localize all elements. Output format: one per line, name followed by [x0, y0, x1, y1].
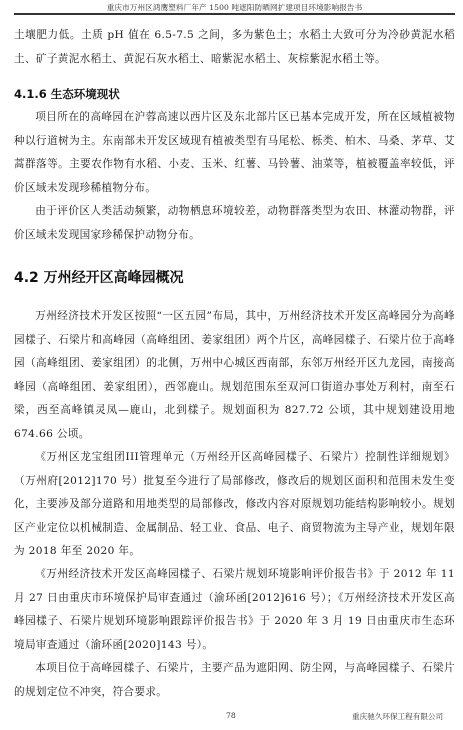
header-divider: [14, 13, 455, 15]
paragraph-eco-plants: 项目所在的高峰园在沪蓉高速以西片区及东北部片区已基本完成开发，所在区域植被物种以…: [14, 106, 455, 200]
paragraph-project-conformity: 本项目位于高峰园樣子、石梁片，主要产品为遮阳网、防尘网，与高峰园樣子、石梁片的规…: [14, 657, 455, 704]
footer-company: 重庆驰久环保工程有限公司: [352, 711, 443, 722]
paragraph-soil-continued: 土壤肥力低。土质 pH 值在 6.5-7.5 之间，多为紫色土；水稻土大致可分为…: [14, 24, 455, 71]
paragraph-eco-animals: 由于评价区人类活动频繁，动物栖息环境较差，动物群落类型为农田、林灌动物群，评价区…: [14, 200, 455, 247]
page-number: 78: [226, 711, 236, 720]
paragraph-gaofeng-layout: 万州经济技术开发区按照“一区五园”布局，其中，万州经济技术开发区高峰园分为高峰园…: [14, 305, 455, 446]
heading-4-2: 4.2 万州经开区高峰园概况: [14, 267, 184, 287]
heading-4-1-6: 4.1.6 生态环境现状: [14, 86, 120, 102]
paragraph-gaofeng-eia: 《万州经济技术开发区高峰园樣子、石梁片规划环境影响评价报告书》于 2012 年 …: [14, 563, 455, 657]
header-title: 重庆市万州区鸿鹰塑料厂年产 1500 吨遮阳防晒网扩建项目环境影响报告书: [14, 2, 455, 13]
paragraph-gaofeng-planning: 《万州区龙宝组团III管理单元（万州经开区高峰园樣子、石梁片）控制性详细规划》（…: [14, 446, 455, 564]
